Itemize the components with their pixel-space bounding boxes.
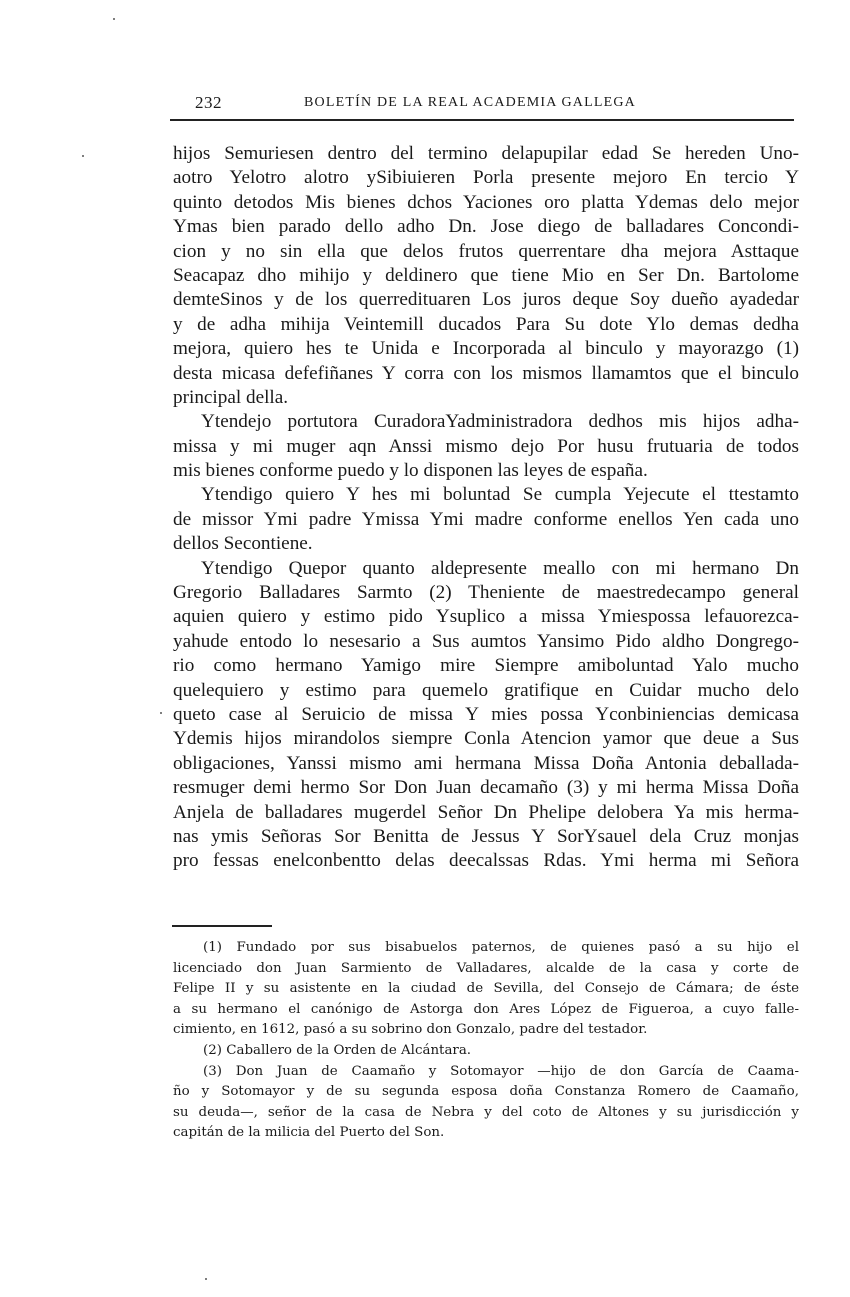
page-header: 232 BOLETÍN DE LA REAL ACADEMIA GALLEGA bbox=[195, 93, 795, 117]
body-line: nas ymis Señoras Sor Benitta de Jessus Y… bbox=[173, 825, 799, 849]
body-line: resmuger demi hermo Sor Don Juan decamañ… bbox=[173, 776, 799, 800]
body-line: quelequiero y estimo para quemelo gratif… bbox=[173, 679, 799, 703]
scan-speck bbox=[113, 18, 115, 20]
running-title: BOLETÍN DE LA REAL ACADEMIA GALLEGA bbox=[304, 95, 636, 111]
body-line: demteSinos y de los querredituaren Los j… bbox=[173, 288, 799, 312]
footnote-line: (3) Don Juan de Caamaño y Sotomayor —hij… bbox=[173, 1062, 799, 1083]
body-line: y de adha mihija Veintemill ducados Para… bbox=[173, 313, 799, 337]
body-line: yahude entodo lo nesesario a Sus aumtos … bbox=[173, 630, 799, 654]
header-rule bbox=[170, 119, 794, 121]
body-line: Ydemis hijos mirandolos siempre Conla At… bbox=[173, 727, 799, 751]
body-text: hijos Semuriesen dentro del termino dela… bbox=[173, 142, 799, 874]
footnote-line: a su hermano el canónigo de Astorga don … bbox=[173, 1000, 799, 1021]
body-line: Anjela de balladares mugerdel Señor Dn P… bbox=[173, 801, 799, 825]
scan-speck bbox=[205, 1278, 207, 1280]
body-line: mis bienes conforme puedo y lo disponen … bbox=[173, 459, 799, 483]
footnote-line: capitán de la milicia del Puerto del Son… bbox=[173, 1123, 799, 1144]
body-line: quinto detodos Mis bienes dchos Yaciones… bbox=[173, 191, 799, 215]
footnote-line: (1) Fundado por sus bisabuelos paternos,… bbox=[173, 938, 799, 959]
footnote-line: (2) Caballero de la Orden de Alcántara. bbox=[173, 1041, 799, 1062]
footnotes: (1) Fundado por sus bisabuelos paternos,… bbox=[173, 938, 799, 1144]
body-line: Gregorio Balladares Sarmto (2) Theniente… bbox=[173, 581, 799, 605]
body-line: mejora, quiero hes te Unida e Incorporad… bbox=[173, 337, 799, 361]
footnote-rule bbox=[172, 925, 272, 927]
body-line: pro fessas enelconbentto delas deecalssa… bbox=[173, 849, 799, 873]
scan-speck bbox=[82, 155, 84, 157]
footnote-line: cimiento, en 1612, pasó a su sobrino don… bbox=[173, 1020, 799, 1041]
footnote-line: su deuda—, señor de la casa de Nebra y d… bbox=[173, 1103, 799, 1124]
footnote-line: ño y Sotomayor y de su segunda esposa do… bbox=[173, 1082, 799, 1103]
body-line: Ytendigo Quepor quanto aldepresente meal… bbox=[173, 557, 799, 581]
body-line: cion y no sin ella que delos frutos quer… bbox=[173, 240, 799, 264]
body-line: hijos Semuriesen dentro del termino dela… bbox=[173, 142, 799, 166]
body-line: Ytendigo quiero Y hes mi boluntad Se cum… bbox=[173, 483, 799, 507]
body-line: desta micasa defefiñanes Y corra con los… bbox=[173, 362, 799, 386]
body-line: principal della. bbox=[173, 386, 799, 410]
body-line: Ymas bien parado dello adho Dn. Jose die… bbox=[173, 215, 799, 239]
body-line: de missor Ymi padre Ymissa Ymi madre con… bbox=[173, 508, 799, 532]
body-line: dellos Secontiene. bbox=[173, 532, 799, 556]
page-number: 232 bbox=[195, 93, 222, 113]
body-line: obligaciones, Yanssi mismo ami hermana M… bbox=[173, 752, 799, 776]
footnote-line: licenciado don Juan Sarmiento de Vallada… bbox=[173, 959, 799, 980]
body-line: Seacapaz dho mihijo y deldinero que tien… bbox=[173, 264, 799, 288]
body-line: missa y mi muger aqn Anssi mismo dejo Po… bbox=[173, 435, 799, 459]
scan-speck bbox=[160, 712, 162, 714]
body-line: rio como hermano Yamigo mire Siempre ami… bbox=[173, 654, 799, 678]
body-line: queto case al Seruicio de missa Y mies p… bbox=[173, 703, 799, 727]
footnote-line: Felipe II y su asistente en la ciudad de… bbox=[173, 979, 799, 1000]
body-line: aquien quiero y estimo pido Ysuplico a m… bbox=[173, 605, 799, 629]
body-line: Ytendejo portutora CuradoraYadministrado… bbox=[173, 410, 799, 434]
body-line: aotro Yelotro alotro ySibiuieren Porla p… bbox=[173, 166, 799, 190]
